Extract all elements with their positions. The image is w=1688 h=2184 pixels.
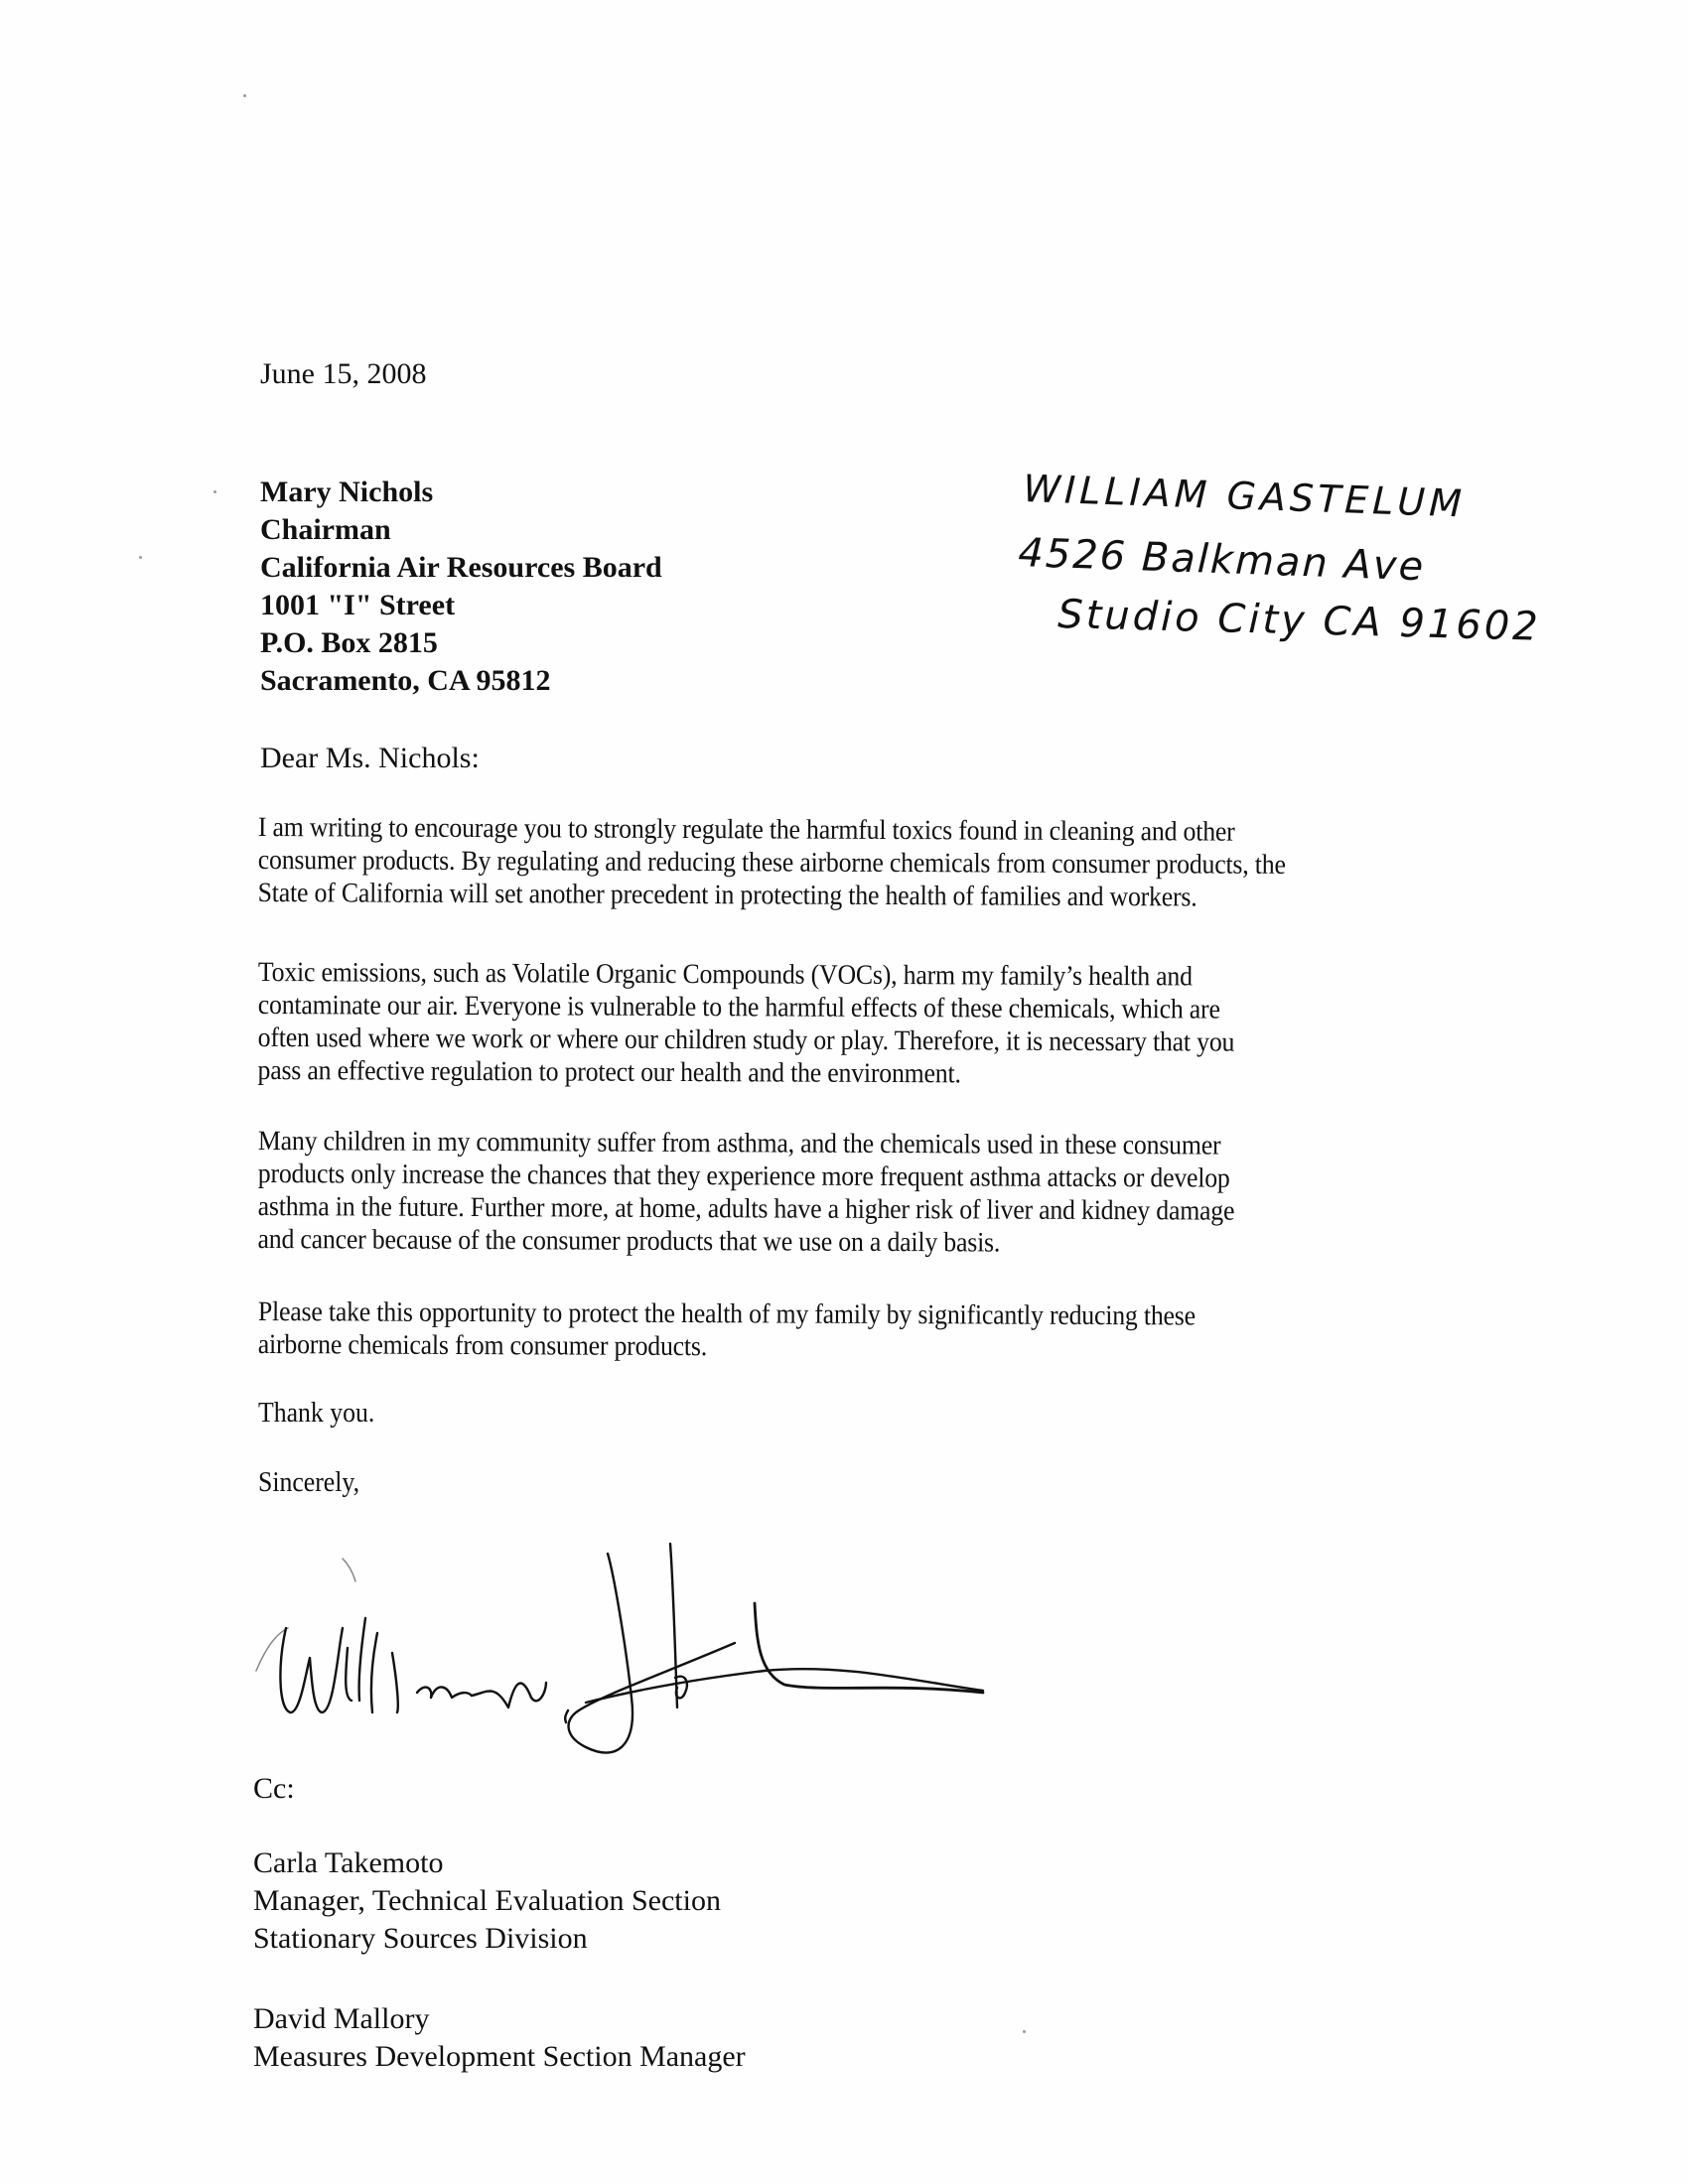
body-line: contaminate our air. Everyone is vulnera…: [258, 989, 1419, 1027]
scan-speck: [1023, 2030, 1026, 2033]
body-line: consumer products. By regulating and red…: [258, 844, 1419, 883]
body-line: State of California will set another pre…: [258, 877, 1419, 915]
recipient-title: Chairman: [260, 511, 662, 549]
body-line: asthma in the future. Further more, at h…: [258, 1190, 1419, 1229]
thank-you: Thank you.: [258, 1398, 374, 1430]
body-paragraph-2: Toxic emissions, such as Volatile Organi…: [257, 956, 1418, 1093]
scan-speck: [213, 490, 216, 493]
body-line: I am writing to encourage you to strongl…: [258, 811, 1419, 850]
body-paragraph-4: Please take this opportunity to protect …: [258, 1296, 1419, 1367]
body-line: and cancer because of the consumer produ…: [257, 1223, 1418, 1262]
body-paragraph-1: I am writing to encourage you to strongl…: [258, 811, 1419, 915]
signature-icon: [248, 1534, 1023, 1767]
handwritten-name: WILLIAM GASTELUM: [1023, 467, 1467, 526]
cc-name: David Mallory: [253, 2000, 746, 2038]
cc-title: Measures Development Section Manager: [253, 2038, 746, 2076]
scan-speck: [243, 94, 246, 97]
cc-name: Carla Takemoto: [253, 1844, 721, 1882]
recipient-po-box: P.O. Box 2815: [260, 624, 662, 662]
body-line: Toxic emissions, such as Volatile Organi…: [258, 956, 1419, 995]
cc-recipient-2: David Mallory Measures Development Secti…: [253, 2000, 746, 2076]
recipient-name: Mary Nichols: [260, 474, 662, 511]
salutation: Dear Ms. Nichols:: [260, 742, 480, 775]
body-line: Please take this opportunity to protect …: [258, 1296, 1419, 1334]
body-paragraph-3: Many children in my community suffer fro…: [257, 1125, 1418, 1262]
body-line: pass an effective regulation to protect …: [257, 1054, 1418, 1093]
handwritten-city: Studio City CA 91602: [1057, 592, 1542, 650]
recipient-street: 1001 "I" Street: [260, 587, 662, 624]
body-line: products only increase the chances that …: [258, 1158, 1419, 1196]
cc-label: Cc:: [253, 1772, 295, 1806]
handwritten-sender-address: WILLIAM GASTELUM 4526 Balkman Ave Studio…: [1018, 457, 1584, 655]
cc-division: Stationary Sources Division: [253, 1920, 721, 1958]
letter-page: June 15, 2008 Mary Nichols Chairman Cali…: [0, 0, 1688, 2184]
cc-title: Manager, Technical Evaluation Section: [253, 1882, 721, 1920]
closing: Sincerely,: [258, 1467, 359, 1499]
body-line: Many children in my community suffer fro…: [258, 1125, 1419, 1163]
recipient-city: Sacramento, CA 95812: [260, 662, 662, 700]
cc-recipient-1: Carla Takemoto Manager, Technical Evalua…: [253, 1844, 721, 1958]
handwritten-street: 4526 Balkman Ave: [1018, 530, 1426, 590]
body-line: airborne chemicals from consumer product…: [258, 1328, 1419, 1367]
body-line: often used where we work or where our ch…: [258, 1022, 1419, 1060]
recipient-organization: California Air Resources Board: [260, 549, 662, 587]
scan-speck: [139, 556, 142, 559]
recipient-address: Mary Nichols Chairman California Air Res…: [260, 474, 662, 700]
letter-date: June 15, 2008: [260, 357, 427, 391]
